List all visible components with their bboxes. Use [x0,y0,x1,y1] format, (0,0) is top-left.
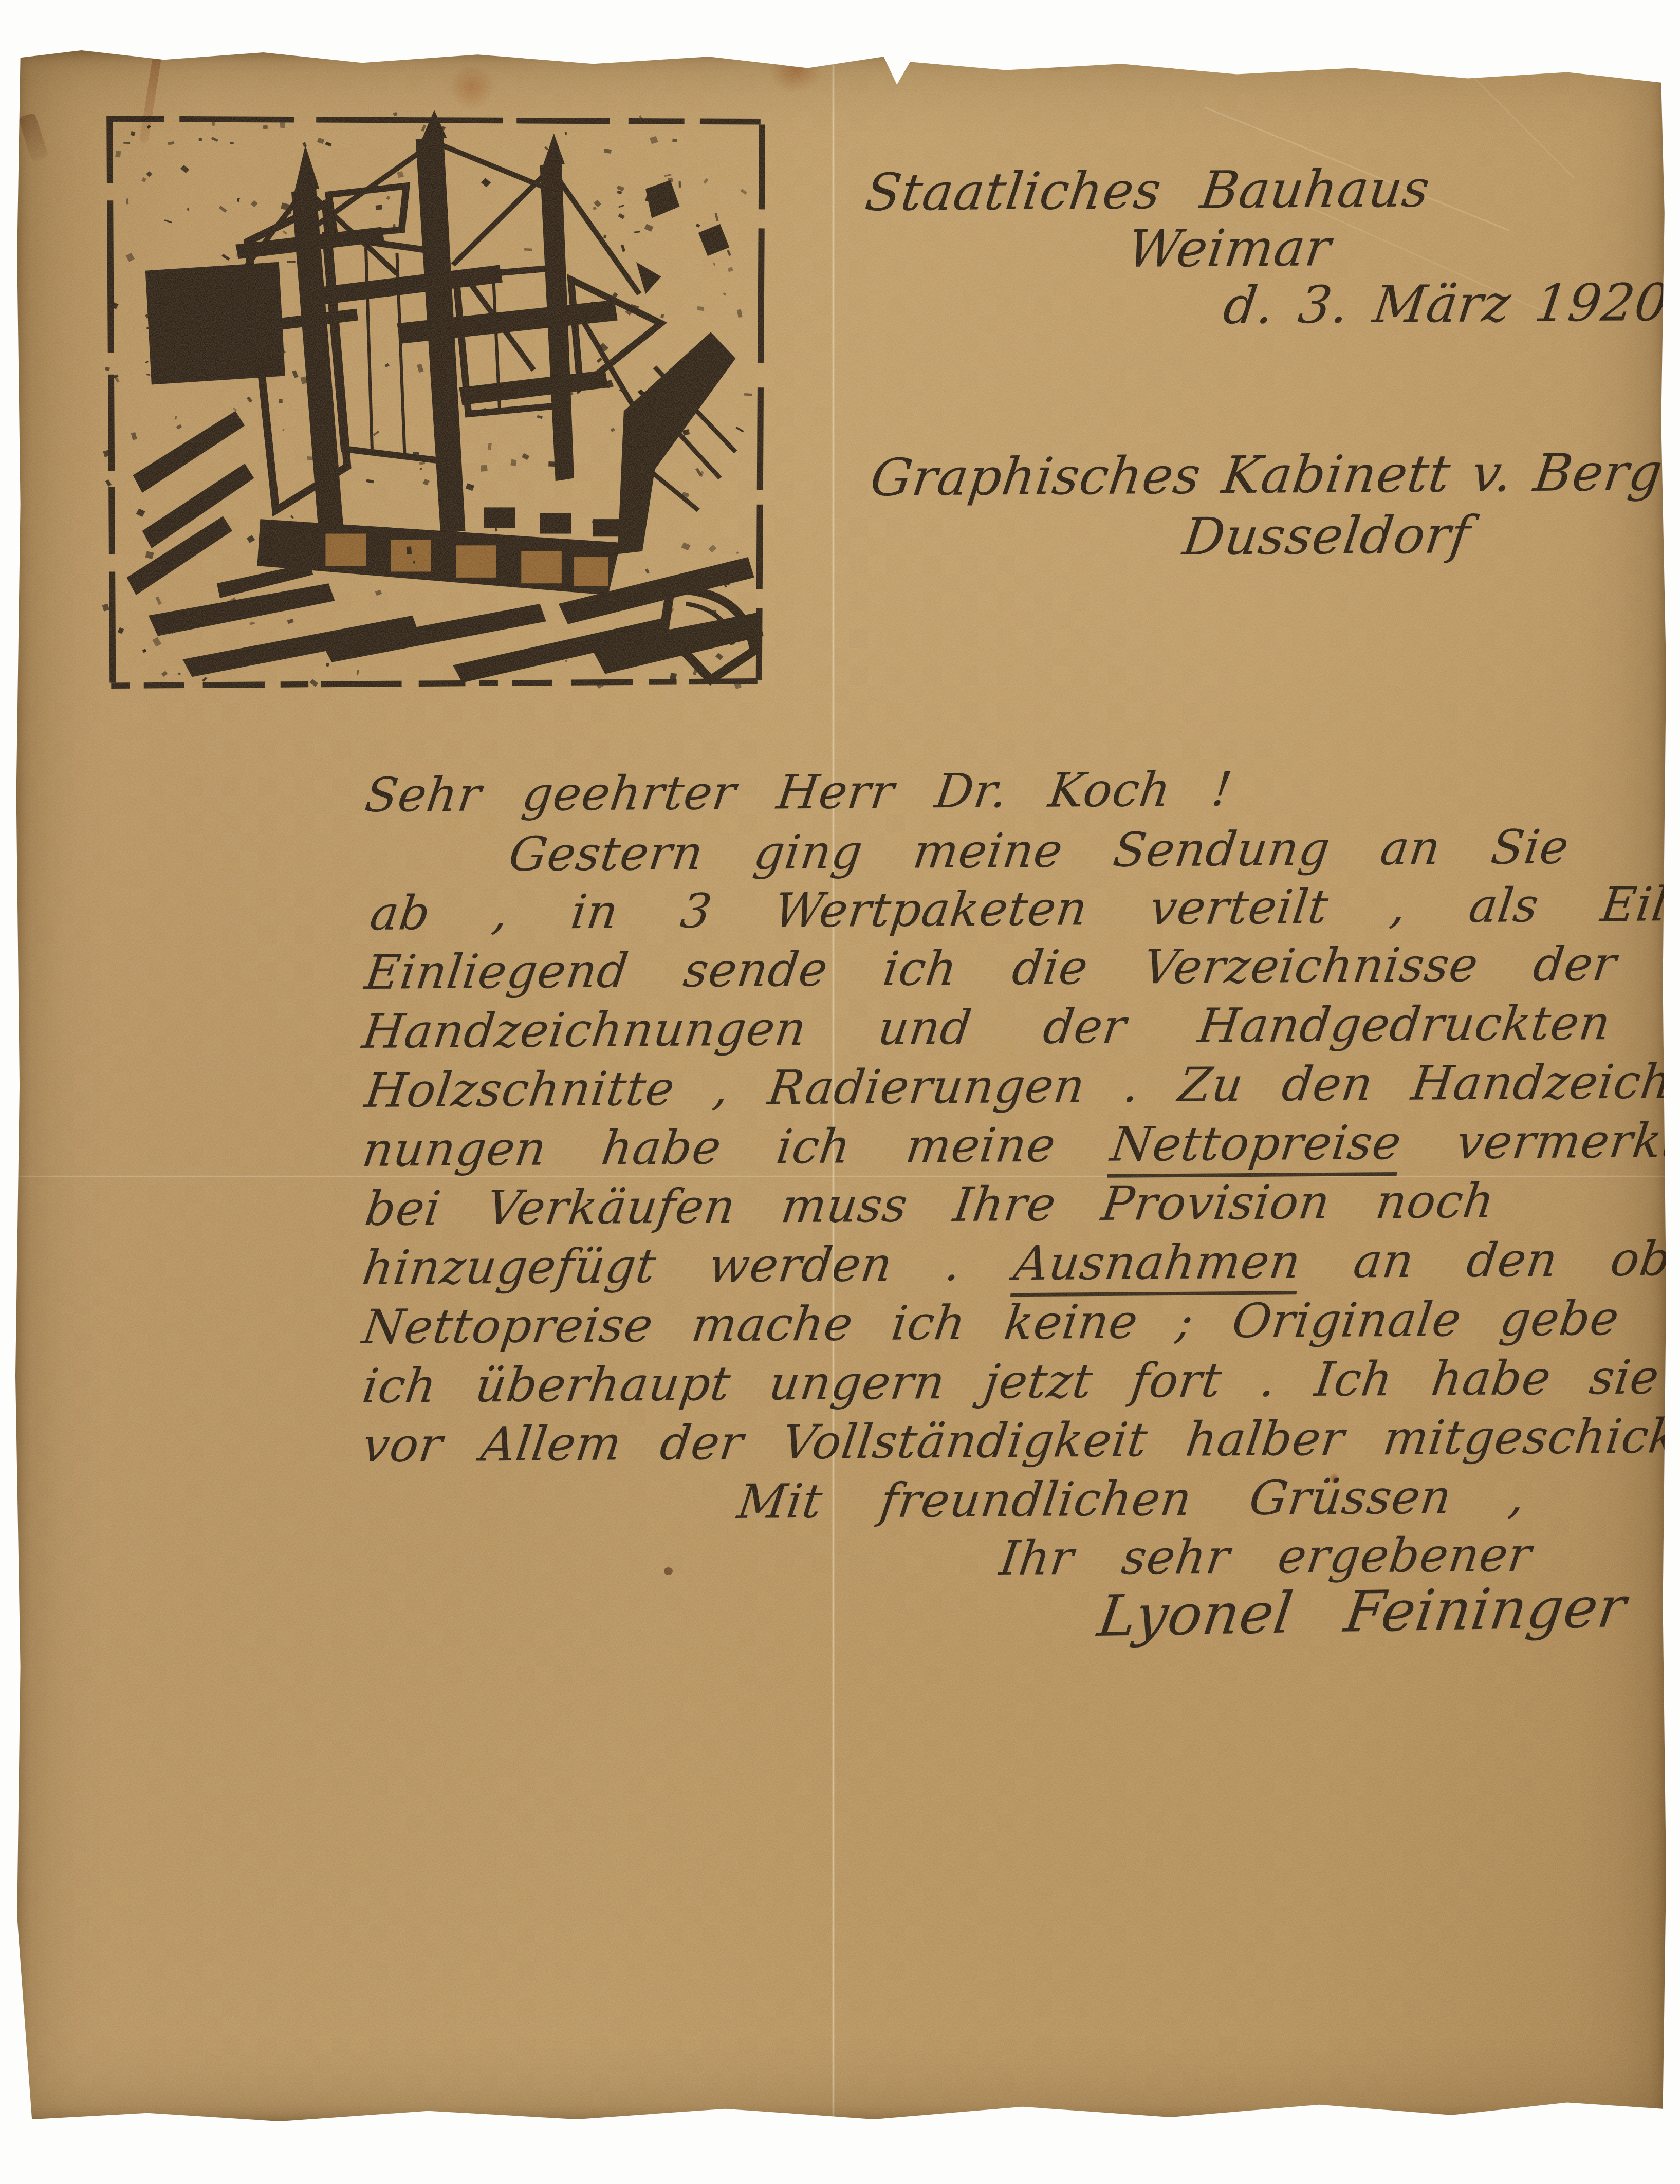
letter-line: d. 3. März 1920 [1221,277,1672,331]
letter-line: bei Verkäufen muss Ihre Provision noch [362,1178,1498,1233]
letter-line: Weimar [1124,222,1334,275]
letter-line: Staatliches Bauhaus [862,163,1433,218]
scan-background: Staatliches BauhausWeimard. 3. März 1920… [0,0,1680,2184]
letter-line: Nettopreise mache ich keine ; Originale … [360,1295,1622,1351]
letter-line: vor Allem der Vollständigkeit halber mit… [360,1412,1680,1469]
letter-line: Holzschnitte , Radierungen . Zu den Hand… [362,1058,1680,1115]
letter-line: ab , in 3 Wertpaketen verteilt , als Eil… [367,880,1680,937]
letter-text-layer: Staatliches BauhausWeimard. 3. März 1920… [15,47,1666,2123]
letter-paper: Staatliches BauhausWeimard. 3. März 1920… [15,47,1666,2123]
letter-line: Sehr geehrter Herr Dr. Koch ! [362,766,1235,819]
letter-line: Graphisches Kabinett v. Bergh + Co. [867,445,1680,504]
letter-line: Mit freundlichen Grüssen , [735,1473,1528,1526]
letter-line: Einliegend sende ich die Verzeichnisse d… [362,940,1619,996]
letter-line: Handzeichnungen und der Handgedruckten [360,1000,1614,1056]
letter-line: Lyonel Feininger [1095,1579,1630,1644]
letter-line: Ihr sehr ergebener [997,1531,1535,1582]
letter-line: hinzugefügt werden . Ausnahmen an den ob… [360,1235,1680,1292]
letter-line: Dusseldorf [1180,509,1473,563]
letter-line: nungen habe ich meine Nettopreise vermer… [360,1117,1680,1174]
letter-line: ich überhaupt ungern jetzt fort . Ich ha… [360,1354,1662,1410]
letter-line: Gestern ging meine Sendung an Sie [506,824,1572,878]
